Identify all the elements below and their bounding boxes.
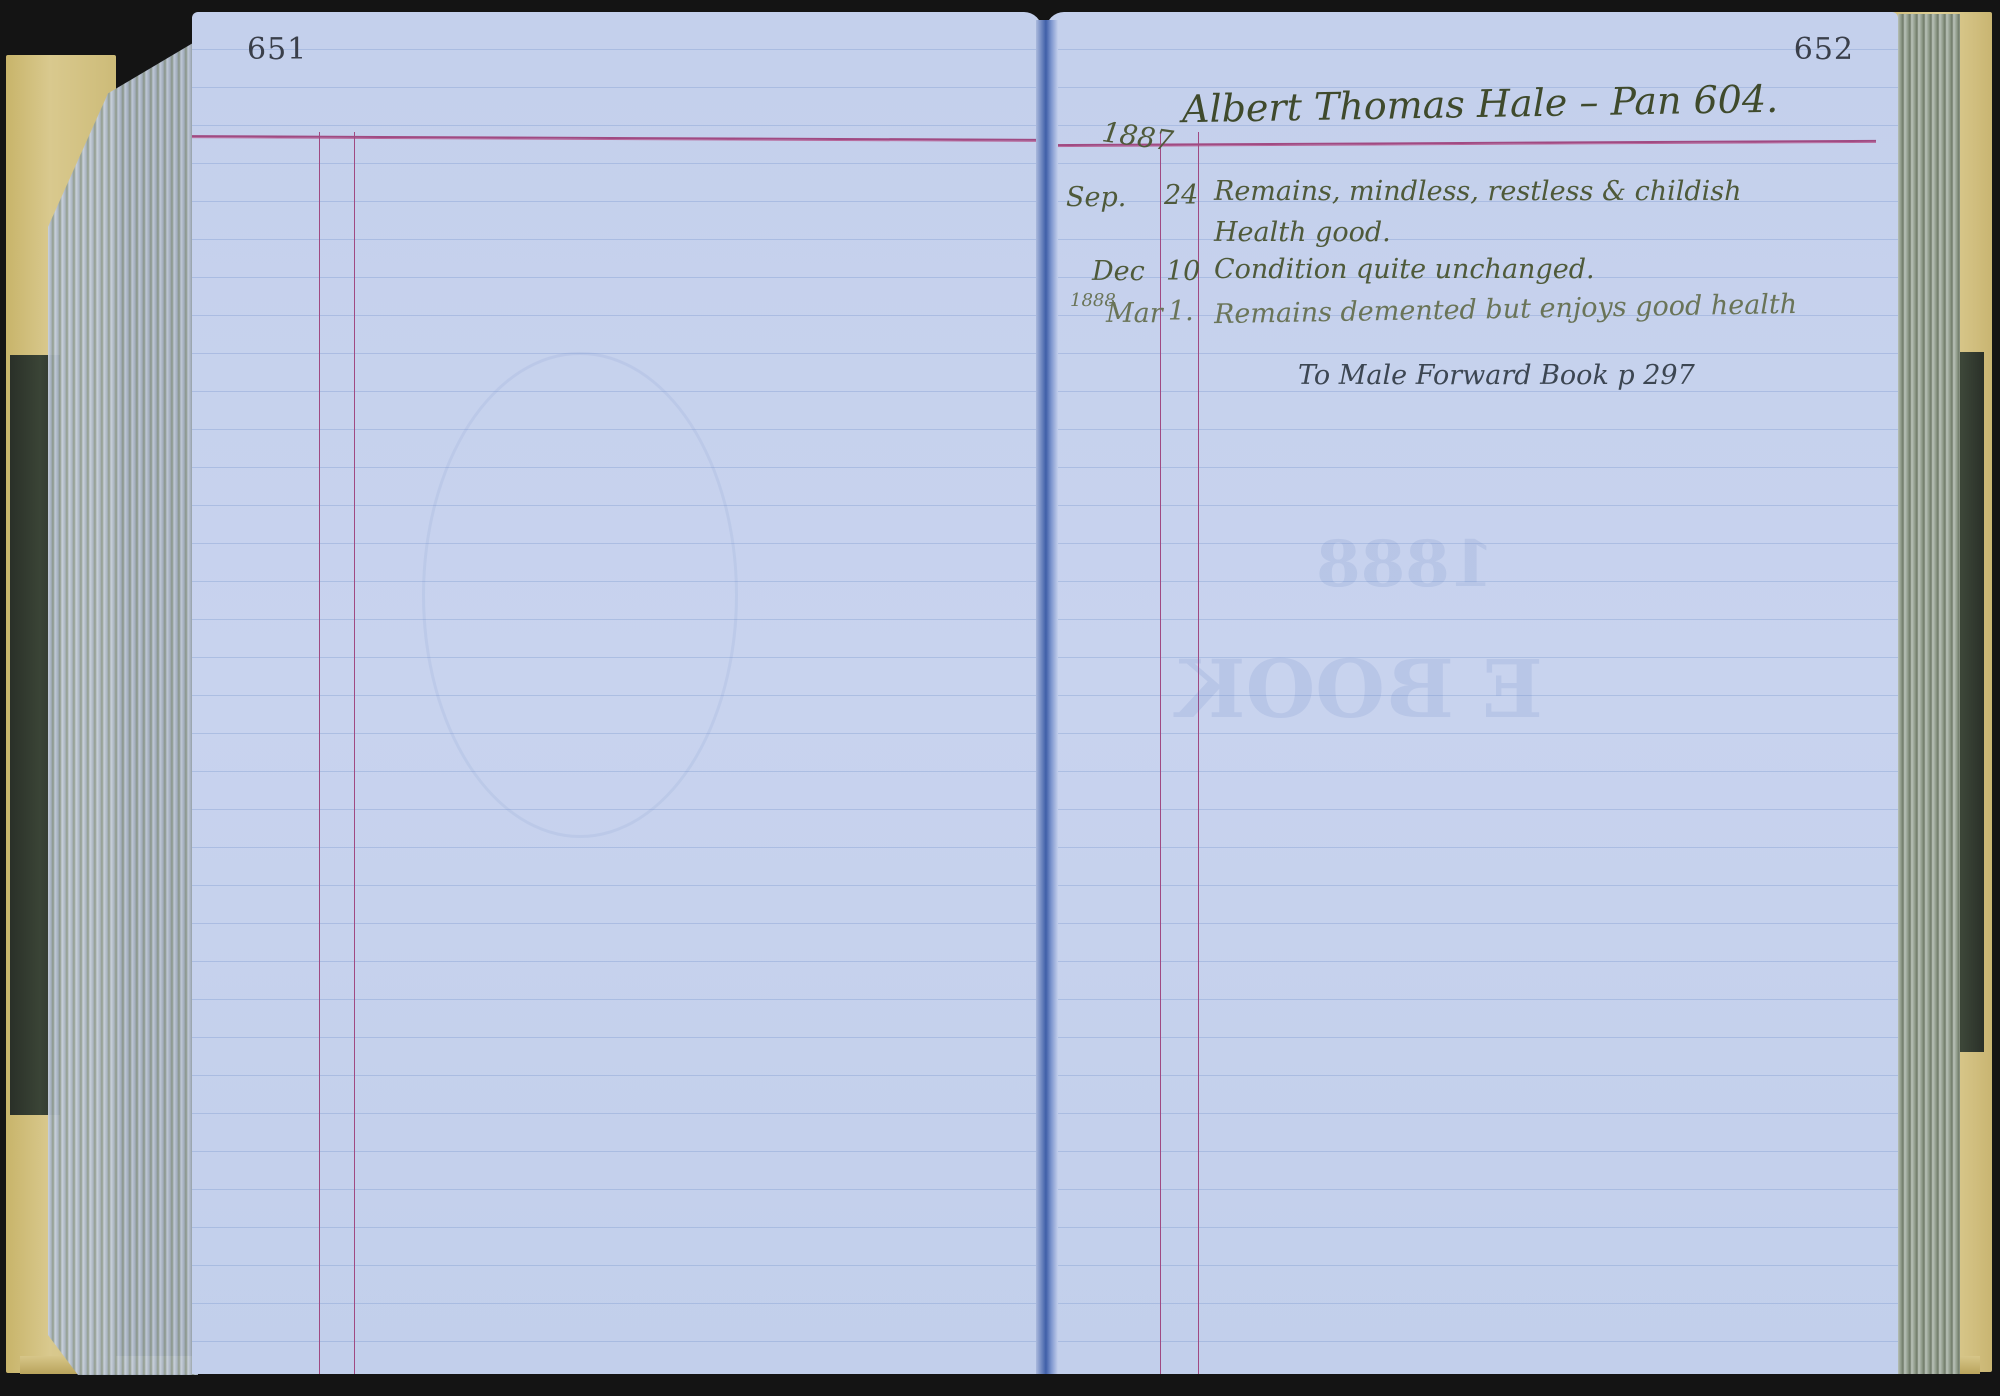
left-page-edges [48, 40, 198, 1375]
left-page: 651 [192, 12, 1042, 1374]
entry-month: Mar [1106, 298, 1163, 329]
entry-text: Remains demented but enjoys good health [1214, 289, 1798, 330]
right-page: 652 Albert Thomas Hale – Pan 604. 1887 S… [1046, 12, 1898, 1374]
entry-day: 10 [1166, 256, 1200, 287]
entry-text: Remains, mindless, restless & childish [1214, 176, 1742, 207]
entry-text: Health good. [1214, 217, 1391, 248]
day-column-rule [1198, 132, 1199, 1374]
left-page-number: 651 [247, 32, 307, 67]
entry-text: Condition quite unchanged. [1214, 254, 1595, 285]
entry-month: Sep. [1066, 182, 1126, 213]
center-gutter [1036, 20, 1058, 1374]
day-column-rule [354, 132, 355, 1374]
faint-stamp-showthrough [422, 352, 738, 838]
entry-month: Dec [1092, 256, 1145, 287]
date-column-rule [319, 132, 320, 1374]
entry-day: 24 [1164, 180, 1198, 211]
transfer-note: To Male Forward Book p 297 [1298, 360, 1695, 391]
entry-day: 1. [1168, 296, 1194, 327]
open-casebook: 651 652 Albert Thomas Hale – Pan 604. 18… [0, 0, 2000, 1396]
year-1887: 1887 [1100, 115, 1175, 158]
patient-name-heading: Albert Thomas Hale – Pan 604. [1182, 77, 1779, 131]
right-page-number: 652 [1794, 32, 1854, 67]
right-page-edges [1898, 14, 1960, 1374]
showthrough-line-2: E BOOK [1176, 642, 1543, 736]
showthrough-line-1: 1888 [1316, 527, 1494, 602]
